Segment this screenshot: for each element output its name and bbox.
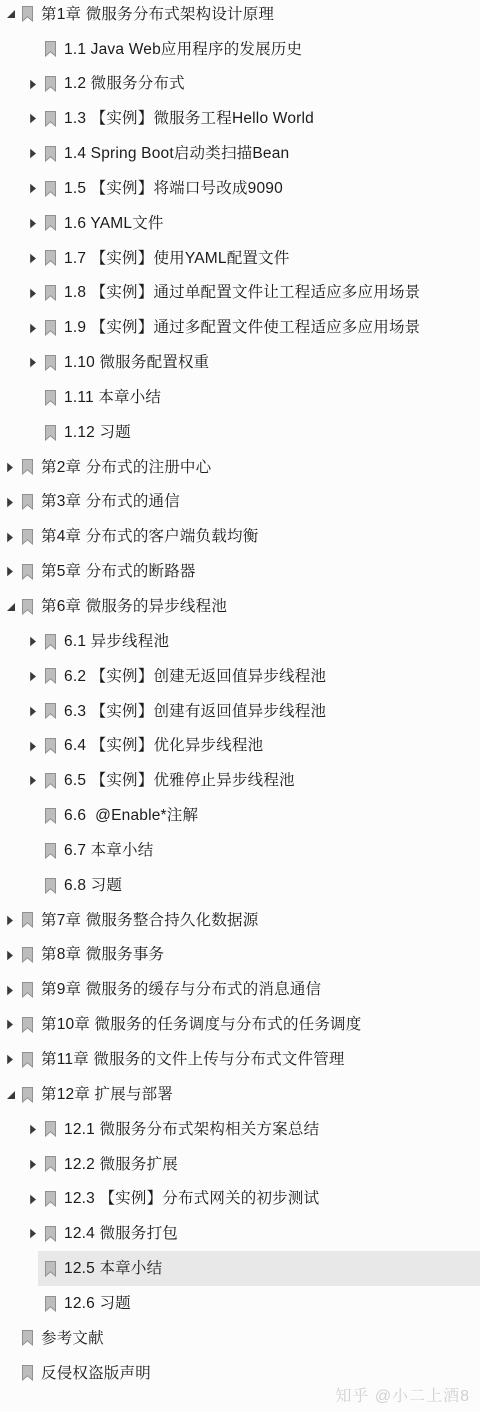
bookmark-icon: [44, 41, 57, 57]
bookmark-label: 1.9 【实例】通过多配置文件使工程适应多应用场景: [64, 320, 420, 336]
bookmark-label: 第9章 微服务的缓存与分布式的消息通信: [41, 982, 321, 998]
bookmark-item-content[interactable]: 1.11 本章小结: [38, 380, 480, 415]
bookmark-item[interactable]: 第6章 微服务的异步线程池: [0, 589, 480, 624]
bookmark-item[interactable]: 1.7 【实例】使用YAML配置文件: [0, 241, 480, 276]
bookmark-icon: [44, 843, 57, 859]
bookmark-icon: [44, 738, 57, 754]
bookmark-icon: [44, 76, 57, 92]
bookmark-label: 12.3 【实例】分布式网关的初步测试: [64, 1191, 319, 1207]
bookmark-icon: [21, 599, 34, 615]
bookmark-label: 6.1 异步线程池: [64, 634, 169, 650]
bookmark-icon: [44, 1296, 57, 1312]
bookmark-label: 第3章 分布式的通信: [41, 494, 180, 510]
bookmark-label: 6.8 习题: [64, 878, 122, 894]
bookmark-item-content[interactable]: 6.4 【实例】优化异步线程池: [38, 729, 480, 764]
bookmark-icon: [44, 634, 57, 650]
bookmark-icon: [44, 355, 57, 371]
bookmark-item-content[interactable]: 1.2 微服务分布式: [38, 67, 480, 102]
bookmark-label: 6.2 【实例】创建无返回值异步线程池: [64, 669, 326, 685]
bookmark-item[interactable]: 6.4 【实例】优化异步线程池: [0, 729, 480, 764]
bookmark-icon: [21, 564, 34, 580]
bookmark-item[interactable]: 第8章 微服务事务: [0, 938, 480, 973]
bookmark-item[interactable]: 1.12 习题: [0, 415, 480, 450]
bookmark-item[interactable]: 第9章 微服务的缓存与分布式的消息通信: [0, 973, 480, 1008]
bookmark-item-content[interactable]: 1.6 YAML文件: [38, 206, 480, 241]
bookmark-icon: [44, 808, 57, 824]
bookmark-icon: [44, 320, 57, 336]
bookmark-item-content[interactable]: 反侵权盗版声明: [15, 1356, 480, 1391]
bookmarks-panel: 第1章 微服务分布式架构设计原理1.1 Java Web应用程序的发展历史1.2…: [0, 0, 480, 1412]
bookmark-item-content[interactable]: 12.2 微服务扩展: [38, 1147, 480, 1182]
bookmark-label: 反侵权盗版声明: [41, 1366, 151, 1382]
bookmark-label: 第7章 微服务整合持久化数据源: [41, 913, 258, 929]
bookmark-label: 6.4 【实例】优化异步线程池: [64, 738, 263, 754]
bookmark-icon: [44, 111, 57, 127]
bookmark-item-content[interactable]: 第11章 微服务的文件上传与分布式文件管理: [15, 1042, 480, 1077]
bookmark-icon: [21, 529, 34, 545]
bookmark-item-content[interactable]: 6.6 @Enable*注解: [38, 798, 480, 833]
bookmark-label: 1.12 习题: [64, 425, 131, 441]
bookmark-item-content[interactable]: 参考文献: [15, 1321, 480, 1356]
bookmark-item-content[interactable]: 第6章 微服务的异步线程池: [15, 589, 480, 624]
bookmark-item[interactable]: 1.11 本章小结: [0, 380, 480, 415]
bookmark-item[interactable]: 6.2 【实例】创建无返回值异步线程池: [0, 659, 480, 694]
bookmark-label: 第6章 微服务的异步线程池: [41, 599, 227, 615]
bookmark-item-content[interactable]: 6.1 异步线程池: [38, 624, 480, 659]
bookmark-icon: [21, 459, 34, 475]
bookmark-item[interactable]: 12.5 本章小结: [0, 1251, 480, 1286]
bookmark-label: 6.7 本章小结: [64, 843, 153, 859]
bookmark-item[interactable]: 6.6 @Enable*注解: [0, 798, 480, 833]
bookmark-item[interactable]: 6.5 【实例】优雅停止异步线程池: [0, 764, 480, 799]
bookmark-item-content[interactable]: 1.9 【实例】通过多配置文件使工程适应多应用场景: [38, 311, 480, 346]
bookmark-icon: [44, 773, 57, 789]
bookmark-label: 1.5 【实例】将端口号改成9090: [64, 181, 283, 197]
bookmark-icon: [44, 181, 57, 197]
bookmark-label: 第2章 分布式的注册中心: [41, 460, 211, 476]
bookmark-item-content[interactable]: 12.1 微服务分布式架构相关方案总结: [38, 1112, 480, 1147]
bookmark-label: 1.6 YAML文件: [64, 216, 164, 232]
bookmark-icon: [44, 1191, 57, 1207]
bookmark-label: 第4章 分布式的客户端负载均衡: [41, 529, 258, 545]
bookmark-item-content[interactable]: 12.6 习题: [38, 1286, 480, 1321]
bookmark-item-content[interactable]: 第2章 分布式的注册中心: [15, 450, 480, 485]
bookmark-item[interactable]: 6.7 本章小结: [0, 833, 480, 868]
bookmark-label: 1.11 本章小结: [64, 390, 161, 406]
bookmark-label: 12.5 本章小结: [64, 1261, 162, 1277]
bookmark-icon: [21, 1017, 34, 1033]
bookmark-item-content[interactable]: 12.3 【实例】分布式网关的初步测试: [38, 1182, 480, 1217]
bookmark-icon: [21, 1087, 34, 1103]
bookmark-item-content[interactable]: 1.10 微服务配置权重: [38, 345, 480, 380]
bookmark-label: 1.8 【实例】通过单配置文件让工程适应多应用场景: [64, 285, 420, 301]
bookmark-icon: [21, 1330, 34, 1346]
bookmark-item-content[interactable]: 1.7 【实例】使用YAML配置文件: [38, 241, 480, 276]
bookmark-item[interactable]: 第11章 微服务的文件上传与分布式文件管理: [0, 1042, 480, 1077]
bookmark-label: 1.10 微服务配置权重: [64, 355, 209, 371]
bookmark-item-content[interactable]: 1.4 Spring Boot启动类扫描Bean: [38, 136, 480, 171]
bookmark-label: 第11章 微服务的文件上传与分布式文件管理: [41, 1052, 345, 1068]
bookmark-label: 12.4 微服务打包: [64, 1226, 178, 1242]
bookmark-item-content[interactable]: 第7章 微服务整合持久化数据源: [15, 903, 480, 938]
bookmark-item-content[interactable]: 12.4 微服务打包: [38, 1217, 480, 1252]
bookmark-label: 12.2 微服务扩展: [64, 1157, 178, 1173]
bookmark-icon: [44, 390, 57, 406]
bookmark-item-content[interactable]: 1.1 Java Web应用程序的发展历史: [38, 32, 480, 67]
bookmark-item-content[interactable]: 第1章 微服务分布式架构设计原理: [15, 0, 480, 32]
bookmark-item-content[interactable]: 6.5 【实例】优雅停止异步线程池: [38, 764, 480, 799]
bookmark-item[interactable]: 12.1 微服务分布式架构相关方案总结: [0, 1112, 480, 1147]
bookmark-icon: [44, 878, 57, 894]
bookmark-item[interactable]: 1.3 【实例】微服务工程Hello World: [0, 102, 480, 137]
bookmark-item[interactable]: 12.4 微服务打包: [0, 1217, 480, 1252]
bookmark-icon: [44, 1156, 57, 1172]
bookmark-label: 1.1 Java Web应用程序的发展历史: [64, 42, 302, 58]
bookmark-item[interactable]: 第4章 分布式的客户端负载均衡: [0, 520, 480, 555]
bookmark-item-content[interactable]: 第9章 微服务的缓存与分布式的消息通信: [15, 973, 480, 1008]
bookmark-item-content[interactable]: 第4章 分布式的客户端负载均衡: [15, 520, 480, 555]
bookmark-item-content[interactable]: 12.5 本章小结: [38, 1251, 480, 1286]
bookmark-item[interactable]: 第5章 分布式的断路器: [0, 555, 480, 590]
bookmark-label: 1.3 【实例】微服务工程Hello World: [64, 111, 314, 127]
bookmark-item[interactable]: 1.10 微服务配置权重: [0, 345, 480, 380]
bookmark-label: 1.2 微服务分布式: [64, 76, 185, 92]
bookmark-item[interactable]: 第7章 微服务整合持久化数据源: [0, 903, 480, 938]
bookmark-label: 6.5 【实例】优雅停止异步线程池: [64, 773, 295, 789]
bookmark-label: 第12章 扩展与部署: [41, 1087, 173, 1103]
bookmark-item[interactable]: 1.5 【实例】将端口号改成9090: [0, 171, 480, 206]
bookmark-item[interactable]: 1.6 YAML文件: [0, 206, 480, 241]
bookmark-label: 12.1 微服务分布式架构相关方案总结: [64, 1122, 319, 1138]
bookmark-label: 第1章 微服务分布式架构设计原理: [41, 7, 274, 23]
bookmark-icon: [44, 285, 57, 301]
bookmark-item[interactable]: 1.4 Spring Boot启动类扫描Bean: [0, 136, 480, 171]
bookmark-item[interactable]: 第1章 微服务分布式架构设计原理: [0, 0, 480, 32]
bookmark-item[interactable]: 第10章 微服务的任务调度与分布式的任务调度: [0, 1007, 480, 1042]
bookmark-item-content[interactable]: 第12章 扩展与部署: [15, 1077, 480, 1112]
bookmark-label: 参考文献: [41, 1331, 104, 1347]
bookmark-label: 12.6 习题: [64, 1296, 131, 1312]
bookmark-label: 6.6 @Enable*注解: [64, 808, 198, 824]
bookmark-icon: [44, 1121, 57, 1137]
bookmark-label: 1.7 【实例】使用YAML配置文件: [64, 251, 290, 267]
bookmark-icon: [44, 250, 57, 266]
bookmark-label: 第10章 微服务的任务调度与分布式的任务调度: [41, 1017, 361, 1033]
bookmark-item[interactable]: 第12章 扩展与部署: [0, 1077, 480, 1112]
bookmark-item[interactable]: 6.3 【实例】创建有返回值异步线程池: [0, 694, 480, 729]
bookmark-item-content[interactable]: 1.3 【实例】微服务工程Hello World: [38, 102, 480, 137]
bookmark-icon: [44, 1261, 57, 1277]
bookmark-item[interactable]: 1.1 Java Web应用程序的发展历史: [0, 32, 480, 67]
bookmark-item-content[interactable]: 6.2 【实例】创建无返回值异步线程池: [38, 659, 480, 694]
bookmark-item[interactable]: 第2章 分布式的注册中心: [0, 450, 480, 485]
bookmark-item-content[interactable]: 第8章 微服务事务: [15, 938, 480, 973]
bookmark-icon: [21, 947, 34, 963]
bookmark-item-content[interactable]: 1.5 【实例】将端口号改成9090: [38, 171, 480, 206]
bookmark-item-content[interactable]: 第3章 分布式的通信: [15, 485, 480, 520]
bookmark-item-content[interactable]: 6.3 【实例】创建有返回值异步线程池: [38, 694, 480, 729]
bookmark-item[interactable]: 12.2 微服务扩展: [0, 1147, 480, 1182]
bookmark-icon: [44, 215, 57, 231]
bookmark-icon: [21, 982, 34, 998]
bookmark-label: 第8章 微服务事务: [41, 947, 164, 963]
bookmark-icon: [44, 425, 57, 441]
bookmark-icon: [21, 494, 34, 510]
bookmark-label: 第5章 分布式的断路器: [41, 564, 196, 580]
bookmark-label: 1.4 Spring Boot启动类扫描Bean: [64, 146, 289, 162]
bookmark-item[interactable]: 1.9 【实例】通过多配置文件使工程适应多应用场景: [0, 311, 480, 346]
bookmark-item[interactable]: 第3章 分布式的通信: [0, 485, 480, 520]
bookmark-icon: [44, 668, 57, 684]
bookmark-item[interactable]: 参考文献: [0, 1321, 480, 1356]
bookmark-item-content[interactable]: 1.8 【实例】通过单配置文件让工程适应多应用场景: [38, 276, 480, 311]
bookmark-icon: [21, 912, 34, 928]
bookmark-icon: [21, 6, 34, 22]
bookmark-item[interactable]: 1.8 【实例】通过单配置文件让工程适应多应用场景: [0, 276, 480, 311]
bookmark-label: 6.3 【实例】创建有返回值异步线程池: [64, 704, 326, 720]
bookmark-list: 第1章 微服务分布式架构设计原理1.1 Java Web应用程序的发展历史1.2…: [0, 0, 480, 1391]
bookmark-item-content[interactable]: 1.12 习题: [38, 415, 480, 450]
bookmark-item[interactable]: 12.6 习题: [0, 1286, 480, 1321]
bookmark-icon: [44, 1226, 57, 1242]
bookmark-icon: [44, 146, 57, 162]
bookmark-icon: [21, 1365, 34, 1381]
bookmark-item[interactable]: 反侵权盗版声明: [0, 1356, 480, 1391]
bookmark-item-content[interactable]: 6.8 习题: [38, 868, 480, 903]
bookmark-item[interactable]: 6.1 异步线程池: [0, 624, 480, 659]
bookmark-item-content[interactable]: 第10章 微服务的任务调度与分布式的任务调度: [15, 1007, 480, 1042]
bookmark-item[interactable]: 12.3 【实例】分布式网关的初步测试: [0, 1182, 480, 1217]
bookmark-icon: [44, 703, 57, 719]
bookmark-item-content[interactable]: 第5章 分布式的断路器: [15, 555, 480, 590]
bookmark-item-content[interactable]: 6.7 本章小结: [38, 833, 480, 868]
bookmark-item[interactable]: 1.2 微服务分布式: [0, 67, 480, 102]
bookmark-icon: [21, 1052, 34, 1068]
bookmark-item[interactable]: 6.8 习题: [0, 868, 480, 903]
